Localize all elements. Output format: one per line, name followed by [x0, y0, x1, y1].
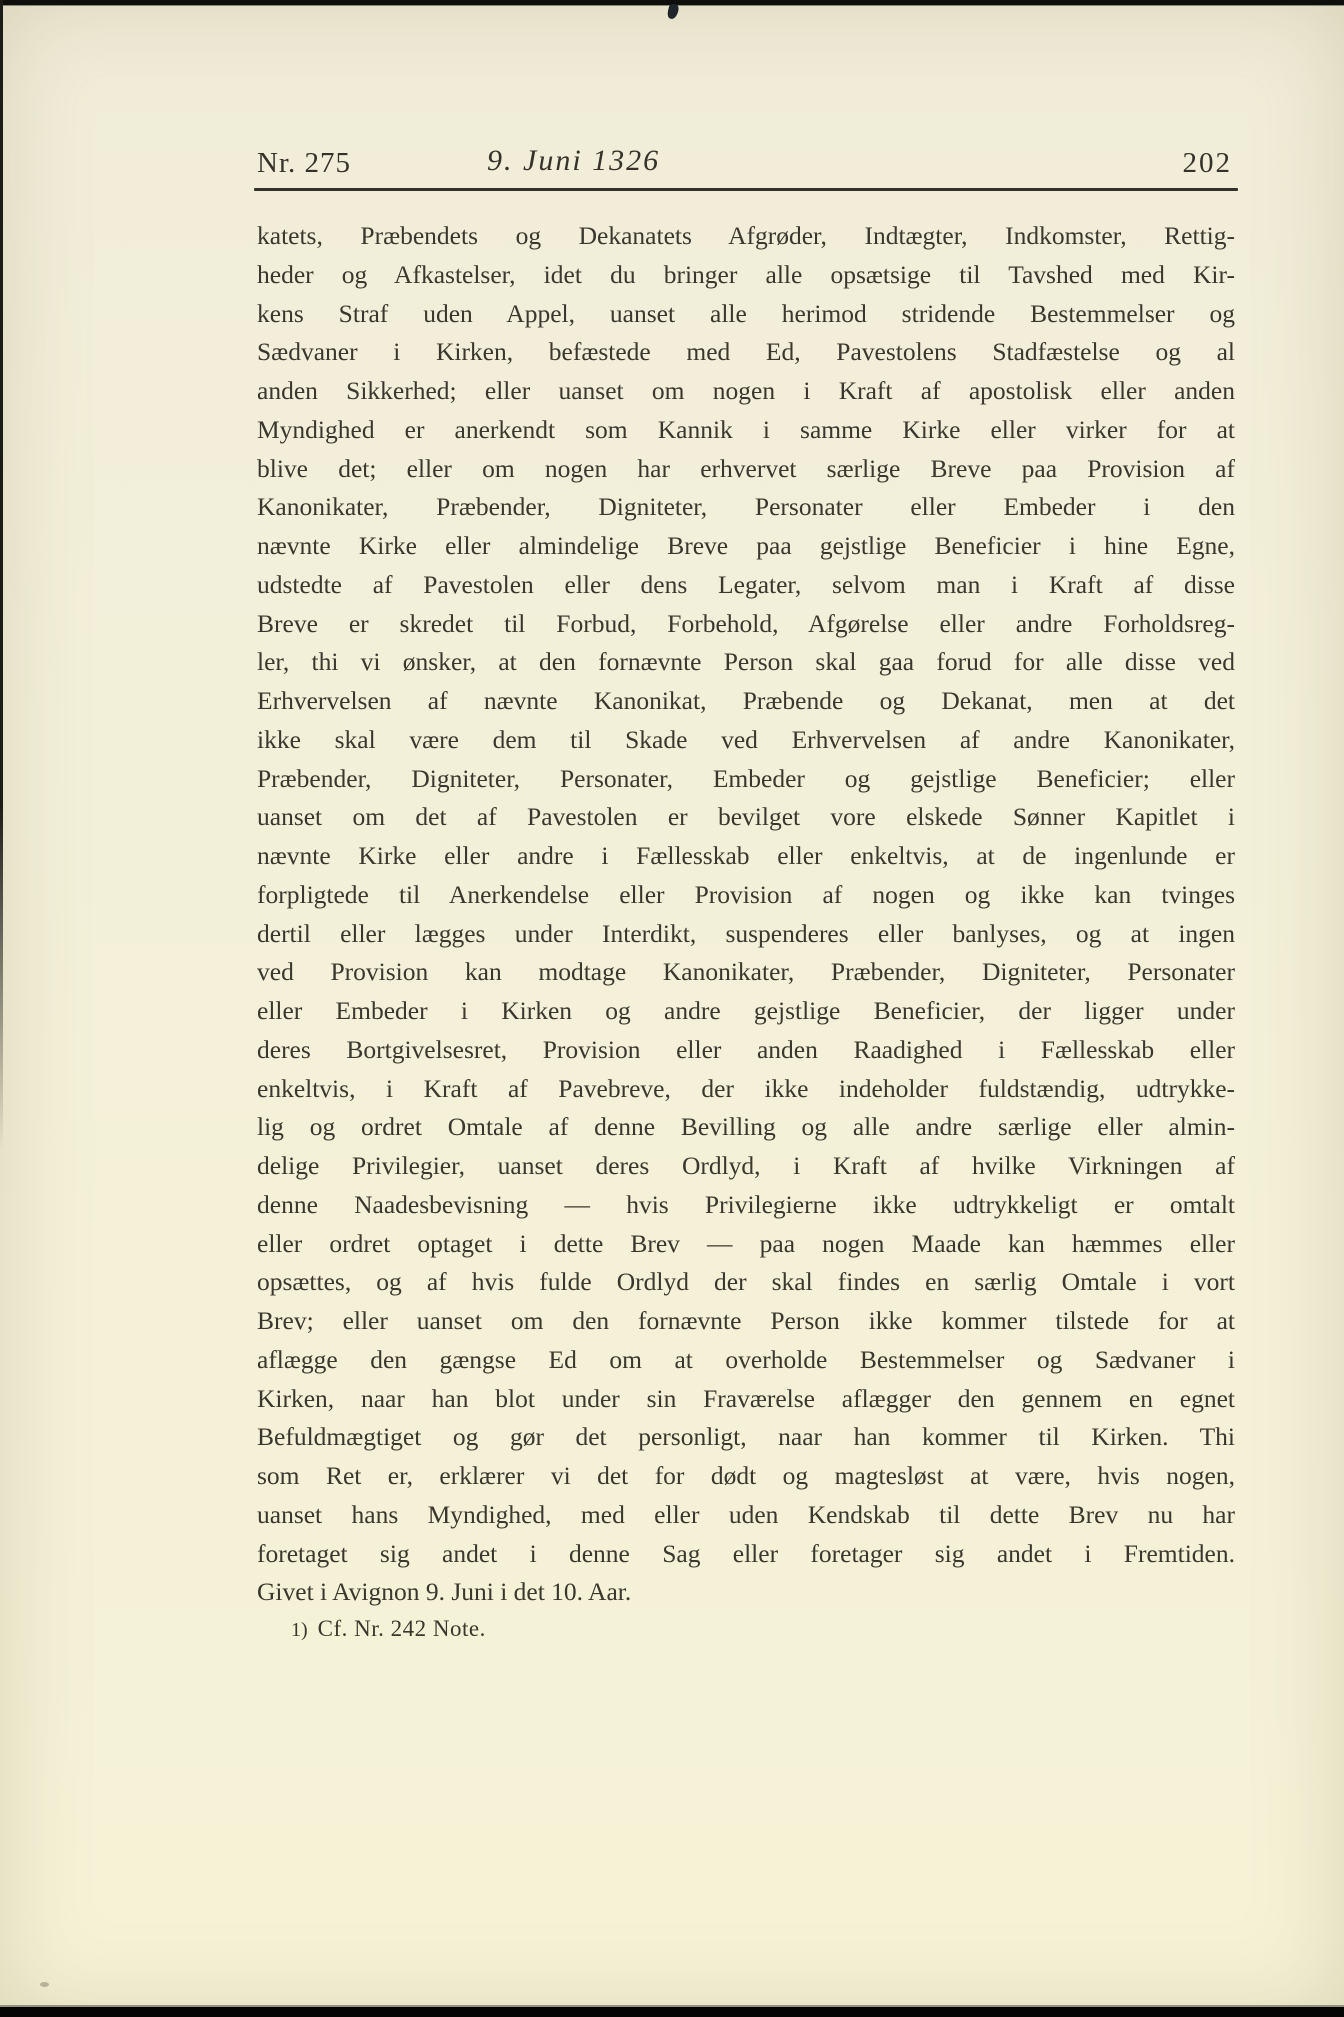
text-line: uanset om det af Pavestolen er bevilget … — [257, 798, 1235, 837]
text-line: Kanonikater, Præbender, Digniteter, Pers… — [257, 488, 1235, 527]
text-line: Brev; eller uanset om den fornævnte Pers… — [257, 1302, 1235, 1341]
text-line: foretaget sig andet i denne Sag eller fo… — [257, 1535, 1235, 1574]
text-line: ikke skal være dem til Skade ved Erhverv… — [257, 721, 1235, 760]
scan-edge-bottom — [0, 2005, 1344, 2017]
body-paragraph: katets, Præbendets og Dekanatets Afgrøde… — [257, 217, 1235, 1612]
page-number: 202 — [1183, 146, 1233, 180]
text-line: udstedte af Pavestolen eller dens Legate… — [257, 566, 1235, 605]
text-line: nævnte Kirke eller almindelige Breve paa… — [257, 527, 1235, 566]
text-line: nævnte Kirke eller andre i Fællesskab el… — [257, 837, 1235, 876]
text-line: opsættes, og af hvis fulde Ordlyd der sk… — [257, 1263, 1235, 1302]
paper-smudge — [40, 1982, 49, 1987]
text-line: Befuldmægtiget og gør det personligt, na… — [257, 1418, 1235, 1457]
text-line: anden Sikkerhed; eller uanset om nogen i… — [257, 372, 1235, 411]
header-rule — [254, 188, 1238, 191]
footnote: 1)Cf. Nr. 242 Note. — [291, 1615, 486, 1644]
scanned-document-page: { "colors": { "paper": "#f3f0da", "ink":… — [0, 0, 1344, 2017]
text-line: deres Bortgivelsesret, Provision eller a… — [257, 1031, 1235, 1070]
text-line: Breve er skredet til Forbud, Forbehold, … — [257, 605, 1235, 644]
document-date: 9. Juni 1326 — [487, 144, 660, 178]
document-number: Nr. 275 — [257, 146, 351, 180]
text-line: lig og ordret Omtale af denne Bevilling … — [257, 1108, 1235, 1147]
text-line: Præbender, Digniteter, Personater, Embed… — [257, 760, 1235, 799]
text-line: kens Straf uden Appel, uanset alle herim… — [257, 295, 1235, 334]
text-line: delige Privilegier, uanset deres Ordlyd,… — [257, 1147, 1235, 1186]
text-line: eller ordret optaget i dette Brev — paa … — [257, 1225, 1235, 1264]
text-line: ved Provision kan modtage Kanonikater, P… — [257, 953, 1235, 992]
ink-blot-artifact — [666, 3, 679, 20]
text-line: Givet i Avignon 9. Juni i det 10. Aar. — [257, 1573, 1235, 1612]
text-line: uanset hans Myndighed, med eller uden Ke… — [257, 1496, 1235, 1535]
text-line: dertil eller lægges under Interdikt, sus… — [257, 915, 1235, 954]
text-line: aflægge den gængse Ed om at overholde Be… — [257, 1341, 1235, 1380]
text-line: ler, thi vi ønsker, at den fornævnte Per… — [257, 643, 1235, 682]
text-line: denne Naadesbevisning — hvis Privilegier… — [257, 1186, 1235, 1225]
footnote-text: Cf. Nr. 242 Note. — [318, 1616, 486, 1641]
text-line: forpligtede til Anerkendelse eller Provi… — [257, 876, 1235, 915]
text-line: enkeltvis, i Kraft af Pavebreve, der ikk… — [257, 1070, 1235, 1109]
text-line: Kirken, naar han blot under sin Fraværel… — [257, 1380, 1235, 1419]
text-line: katets, Præbendets og Dekanatets Afgrøde… — [257, 217, 1235, 256]
scan-edge-left — [0, 0, 3, 1150]
text-line: Erhvervelsen af nævnte Kanonikat, Præben… — [257, 682, 1235, 721]
text-line: som Ret er, erklærer vi det for dødt og … — [257, 1457, 1235, 1496]
text-line: eller Embeder i Kirken og andre gejstlig… — [257, 992, 1235, 1031]
text-line: heder og Afkastelser, idet du bringer al… — [257, 256, 1235, 295]
text-line: Sædvaner i Kirken, befæstede med Ed, Pav… — [257, 333, 1235, 372]
text-line: blive det; eller om nogen har erhvervet … — [257, 450, 1235, 489]
footnote-marker: 1) — [291, 1619, 308, 1641]
text-line: Myndighed er anerkendt som Kannik i samm… — [257, 411, 1235, 450]
